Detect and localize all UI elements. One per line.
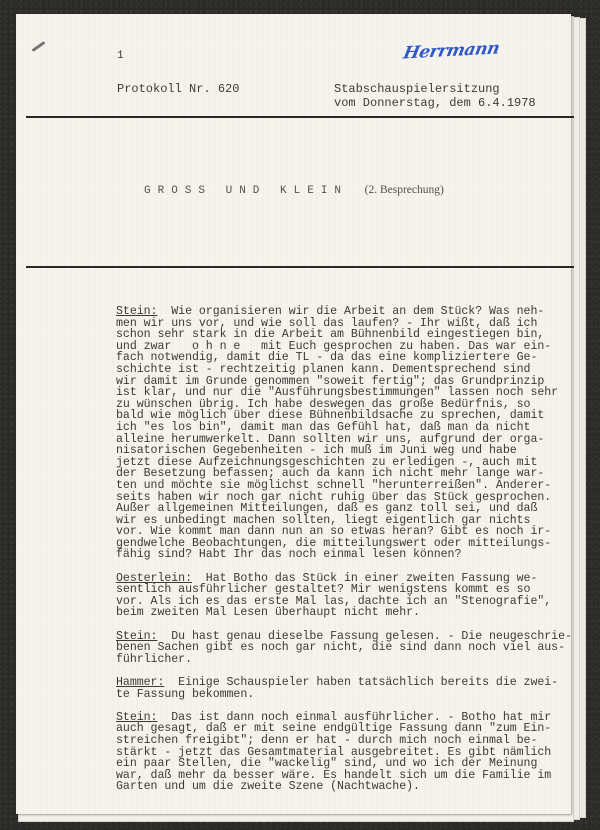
meeting-info: Stabschauspielersitzung vom Donnerstag, … <box>334 82 536 110</box>
dialogue-paragraph: Stein: Wie organisieren wir die Arbeit a… <box>116 306 576 561</box>
protocol-body: Stein: Wie organisieren wir die Arbeit a… <box>116 306 576 805</box>
play-title: GROSS UND KLEIN <box>144 185 348 197</box>
protocol-number: Protokoll Nr. 620 <box>117 82 239 96</box>
line-text: fähig sind? Habt Ihr das noch einmal les… <box>116 548 461 561</box>
line-text: beim zweiten Mal Lesen überhaupt nicht m… <box>116 606 420 619</box>
title-divider <box>26 266 574 268</box>
play-subtitle: (2. Besprechung) <box>365 184 444 196</box>
page-number: 1 <box>117 50 124 62</box>
text-line: Garten und um die zweite Szene (Nachtwac… <box>116 781 576 793</box>
text-line: beim zweiten Mal Lesen überhaupt nicht m… <box>116 607 576 619</box>
dialogue-paragraph: Oesterlein: Hat Botho das Stück in einer… <box>116 573 576 619</box>
text-line: führlicher. <box>116 654 576 666</box>
meeting-date: vom Donnerstag, dem 6.4.1978 <box>334 96 536 110</box>
text-line: fähig sind? Habt Ihr das noch einmal les… <box>116 549 576 561</box>
header-divider <box>26 116 574 118</box>
meeting-title: Stabschauspielersitzung <box>334 82 536 96</box>
dialogue-paragraph: Stein: Du hast genau dieselbe Fassung ge… <box>116 631 576 666</box>
text-line: te Fassung bekommen. <box>116 689 576 701</box>
line-text: führlicher. <box>116 653 192 666</box>
document-page: 1 Herrmann Protokoll Nr. 620 Stabschausp… <box>16 14 571 814</box>
dialogue-paragraph: Stein: Das ist dann noch einmal ausführl… <box>116 712 576 793</box>
line-text: Garten und um die zweite Szene (Nachtwac… <box>116 780 420 793</box>
handwritten-signature: Herrmann <box>401 39 501 64</box>
play-title-line: GROSS UND KLEIN (2. Besprechung) <box>144 184 444 197</box>
line-text: te Fassung bekommen. <box>116 688 254 701</box>
pencil-mark <box>31 41 45 52</box>
dialogue-paragraph: Hammer: Einige Schauspieler haben tatsäc… <box>116 677 576 700</box>
